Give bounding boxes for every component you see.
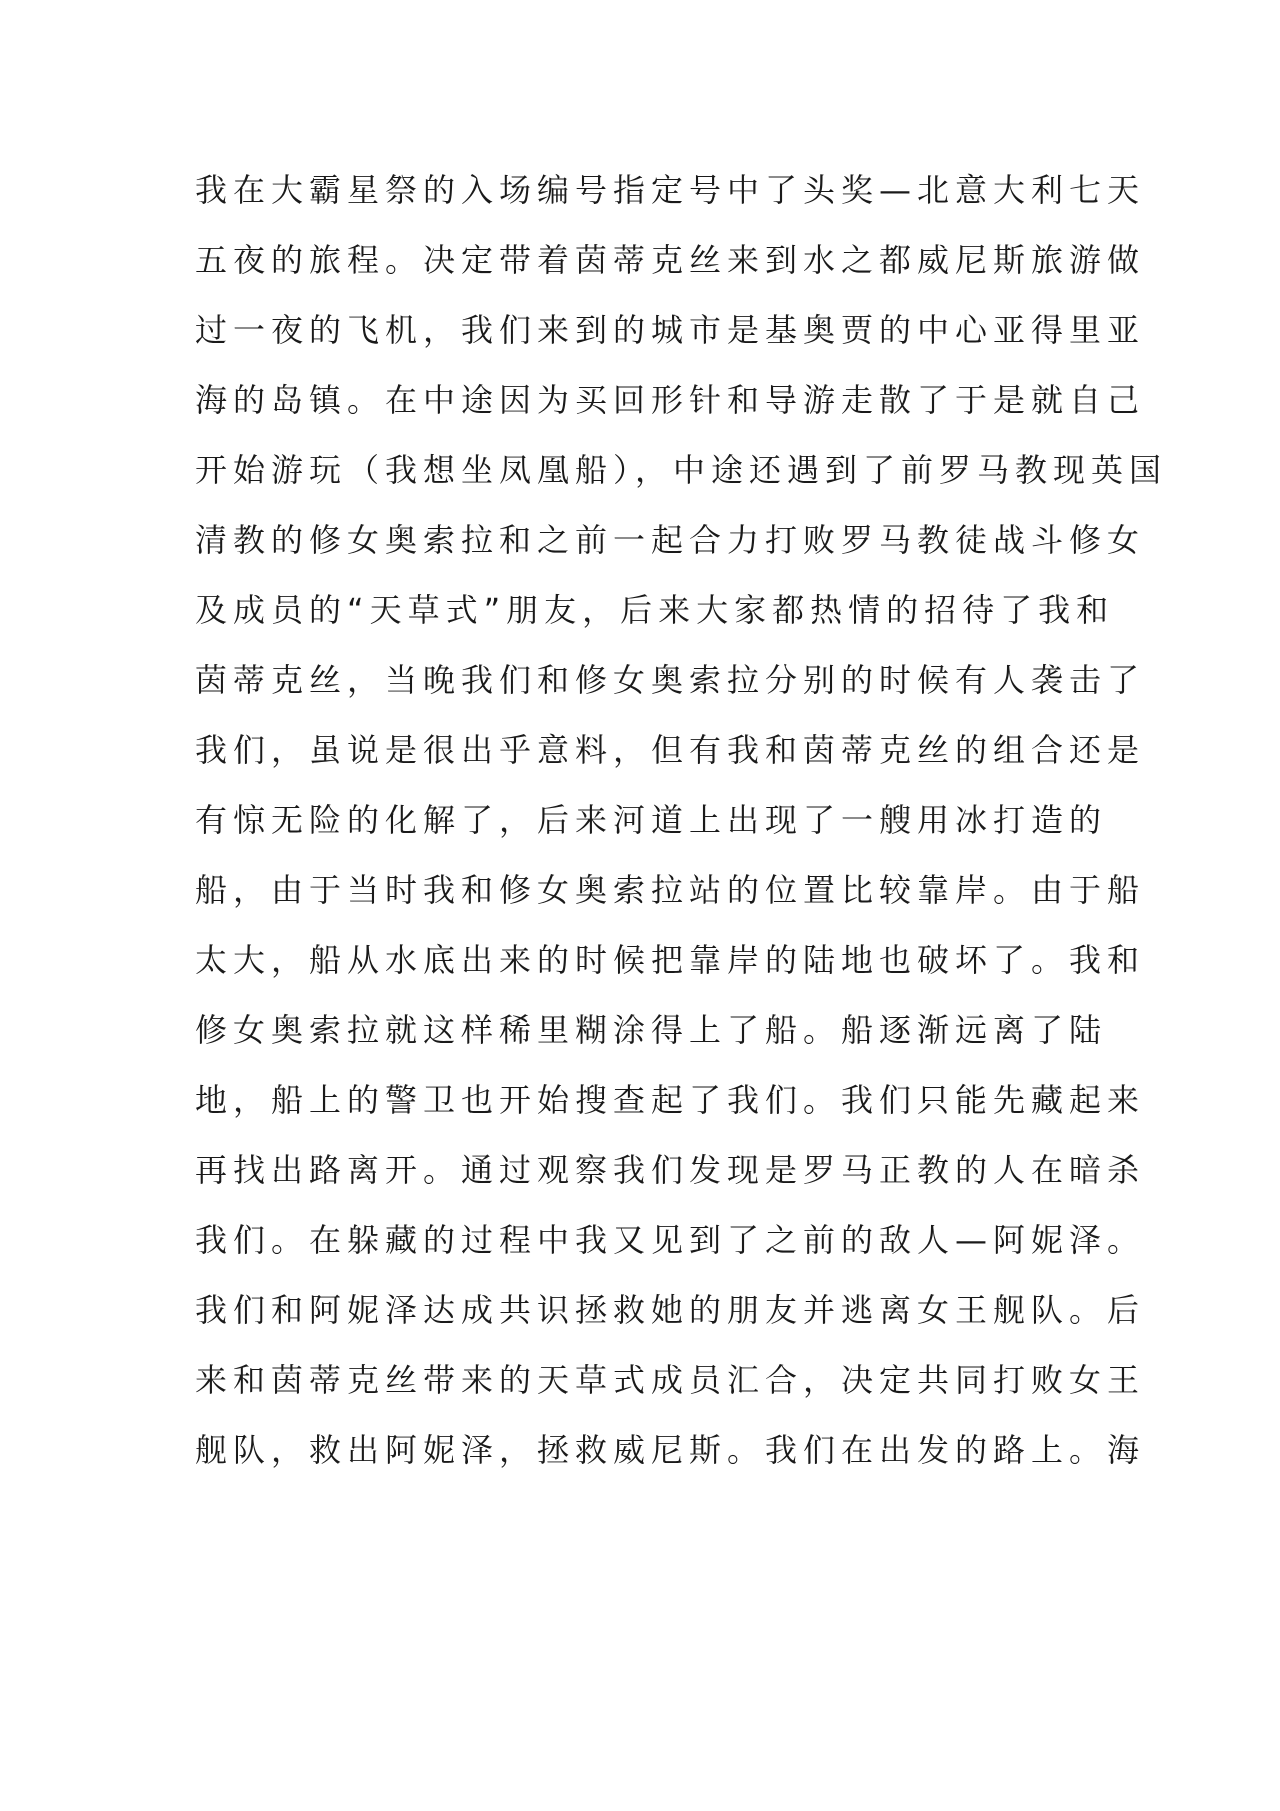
text-line: 清教的修女奥索拉和之前一起合力打败罗马教徒战斗修女 [195,518,1095,588]
text-line: 太大，船从水底出来的时候把靠岸的陆地也破坏了。我和 [195,938,1095,1008]
text-line: 茵蒂克丝，当晚我们和修女奥索拉分别的时候有人袭击了 [195,658,1095,728]
text-line: 来和茵蒂克丝带来的天草式成员汇合，决定共同打败女王 [195,1358,1095,1428]
text-line: 我在大霸星祭的入场编号指定号中了头奖—北意大利七天 [195,168,1095,238]
text-line: 再找出路离开。通过观察我们发现是罗马正教的人在暗杀 [195,1148,1095,1218]
text-line: 船，由于当时我和修女奥索拉站的位置比较靠岸。由于船 [195,868,1095,938]
text-line: 修女奥索拉就这样稀里糊涂得上了船。船逐渐远离了陆 [195,1008,1095,1078]
text-line: 我们和阿妮泽达成共识拯救她的朋友并逃离女王舰队。后 [195,1288,1095,1358]
text-line: 海的岛镇。在中途因为买回形针和导游走散了于是就自己 [195,378,1095,448]
body-paragraph: 我在大霸星祭的入场编号指定号中了头奖—北意大利七天 五夜的旅程。决定带着茵蒂克丝… [195,168,1095,1498]
text-line: 我们，虽说是很出乎意料，但有我和茵蒂克丝的组合还是 [195,728,1095,798]
text-line: 开始游玩（我想坐凤凰船），中途还遇到了前罗马教现英国 [195,448,1095,518]
text-line: 我们。在躲藏的过程中我又见到了之前的敌人—阿妮泽。 [195,1218,1095,1288]
text-line: 地，船上的警卫也开始搜查起了我们。我们只能先藏起来 [195,1078,1095,1148]
text-line: 五夜的旅程。决定带着茵蒂克丝来到水之都威尼斯旅游做 [195,238,1095,308]
document-page: 我在大霸星祭的入场编号指定号中了头奖—北意大利七天 五夜的旅程。决定带着茵蒂克丝… [0,0,1280,1811]
text-line: 舰队，救出阿妮泽，拯救威尼斯。我们在出发的路上。海 [195,1428,1095,1498]
text-line: 有惊无险的化解了，后来河道上出现了一艘用冰打造的 [195,798,1095,868]
text-line: 过一夜的飞机，我们来到的城市是基奥贾的中心亚得里亚 [195,308,1095,378]
text-line: 及成员的“天草式”朋友，后来大家都热情的招待了我和 [195,588,1095,658]
